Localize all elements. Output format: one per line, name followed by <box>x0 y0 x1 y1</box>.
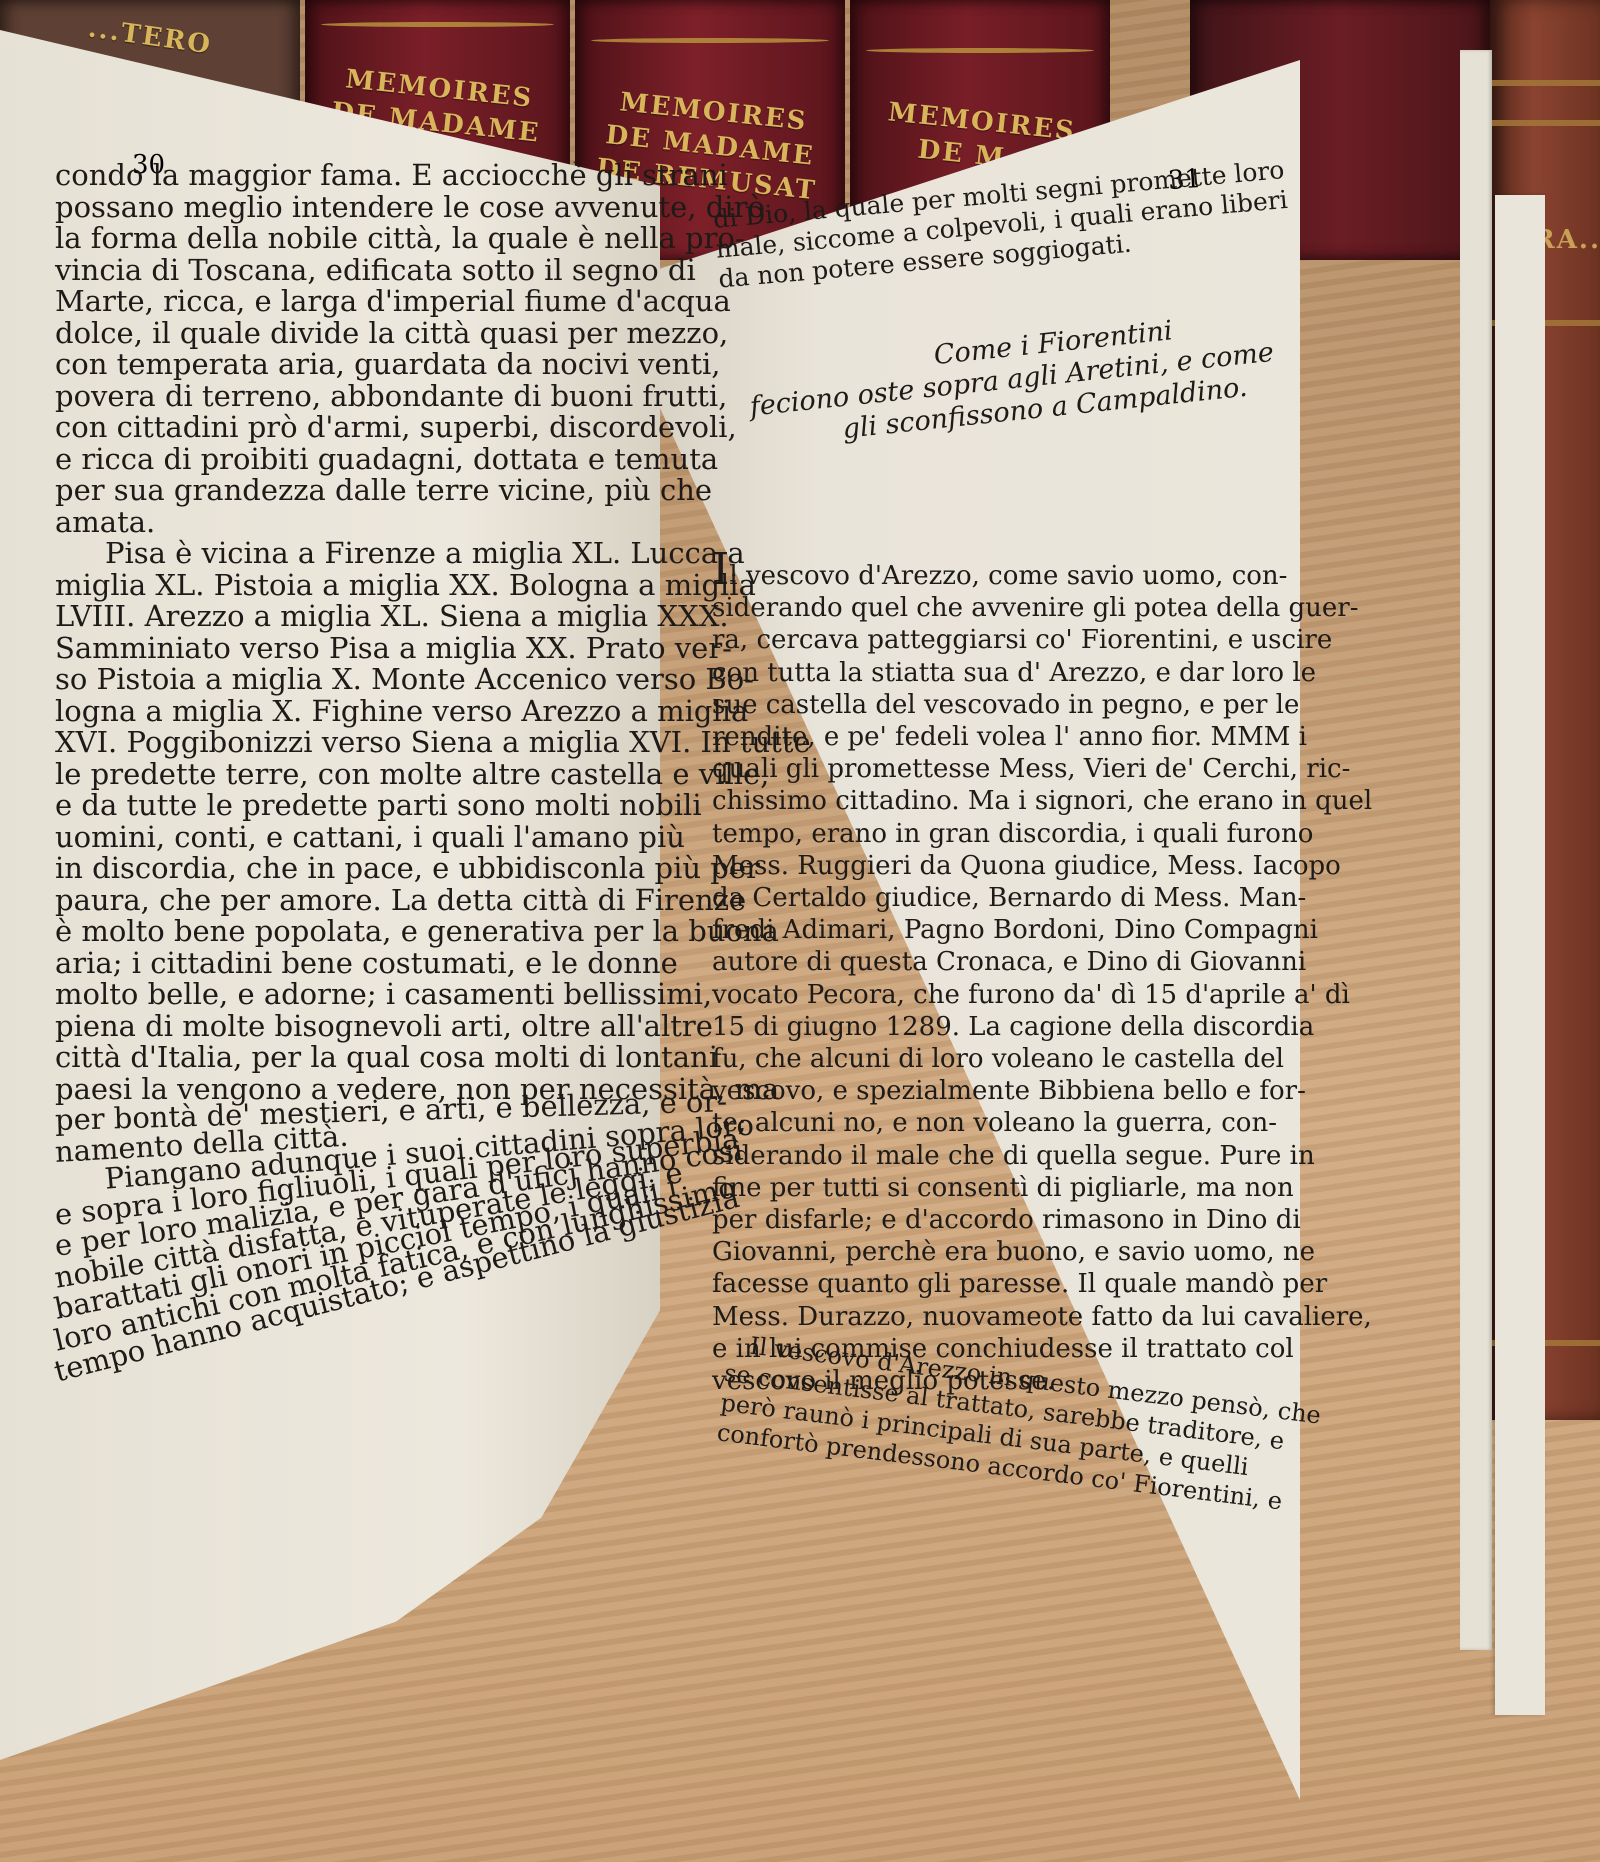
text-line: fredi Adimari, Pagno Bordoni, Dino Compa… <box>712 914 1372 946</box>
left-page-text: condo la maggior fama. E acciocchè gli s… <box>55 160 665 1389</box>
text-line: autore di questa Cronaca, e Dino di Giov… <box>712 946 1372 978</box>
text-line: Marte, ricca, e larga d'imperial fiume d… <box>55 286 665 318</box>
text-line: chissimo cittadino. Ma i signori, che er… <box>712 785 1372 817</box>
spine-band <box>591 38 829 43</box>
text-line: siderando il male che di quella segue. P… <box>712 1140 1372 1172</box>
text-line: con temperata aria, guardata da nocivi v… <box>55 349 665 381</box>
text-line: sue castella del vescovado in pegno, e p… <box>712 689 1372 721</box>
text-line: Mess. Ruggieri da Quona giudice, Mess. I… <box>712 850 1372 882</box>
text-line: piena di molte bisognevoli arti, oltre a… <box>55 1011 665 1043</box>
text-line: le predette terre, con molte altre caste… <box>55 759 665 791</box>
text-line: Giovanni, perchè era buono, e savio uomo… <box>712 1236 1372 1268</box>
page-edge <box>1495 195 1545 1715</box>
text-line-first: Il vescovo d'Arezzo, come savio uomo, co… <box>712 555 1372 592</box>
text-line: molto belle, e adorne; i casamenti belli… <box>55 979 665 1011</box>
text-line: uomini, conti, e cattani, i quali l'aman… <box>55 822 665 854</box>
text-line: Mess. Durazzo, nuovameote fatto da lui c… <box>712 1301 1372 1333</box>
text-line: possano meglio intendere le cose avvenut… <box>55 192 665 224</box>
text-line: dolce, il quale divide la città quasi pe… <box>55 318 665 350</box>
text-line: rendite, e pe' fedeli volea l' anno fior… <box>712 721 1372 753</box>
text-line: la forma della nobile città, la quale è … <box>55 223 665 255</box>
text-line: siderando quel che avvenire gli potea de… <box>712 592 1372 624</box>
text-line: logna a miglia X. Fighine verso Arezzo a… <box>55 696 665 728</box>
text-line: miglia XL. Pistoia a miglia XX. Bologna … <box>55 570 665 602</box>
text-line: per sua grandezza dalle terre vicine, pi… <box>55 475 665 507</box>
spine-band <box>866 48 1095 53</box>
text-line: te; alcuni no, e non voleano la guerra, … <box>712 1107 1372 1139</box>
text-line: LVIII. Arezzo a miglia XL. Siena a migli… <box>55 601 665 633</box>
text-line: amata. <box>55 507 665 539</box>
spine-band <box>321 22 554 27</box>
text-line: paura, che per amore. La detta città di … <box>55 885 665 917</box>
text-line: da Certaldo giudice, Bernardo di Mess. M… <box>712 882 1372 914</box>
text-line: vocato Pecora, che furono da' dì 15 d'ap… <box>712 979 1372 1011</box>
text-line: l vescovo d'Arezzo, come savio uomo, con… <box>729 561 1287 591</box>
text-line: con tutta la stiatta sua d' Arezzo, e da… <box>712 657 1372 689</box>
spine-band <box>1490 80 1600 86</box>
text-line: quali gli promettesse Mess, Vieri de' Ce… <box>712 753 1372 785</box>
text-line: è molto bene popolata, e generativa per … <box>55 916 665 948</box>
text-line: so Pistoia a miglia X. Monte Accenico ve… <box>55 664 665 696</box>
right-page-body: Il vescovo d'Arezzo, come savio uomo, co… <box>712 555 1372 1397</box>
text-line: facesse quanto gli paresse. Il quale man… <box>712 1268 1372 1300</box>
page-edge <box>1460 50 1492 1650</box>
text-line: XVI. Poggibonizzi verso Siena a miglia X… <box>55 727 665 759</box>
text-line: aria; i cittadini bene costumati, e le d… <box>55 948 665 980</box>
text-line: per disfarle; e d'accordo rimasono in Di… <box>712 1204 1372 1236</box>
drop-cap: I <box>712 544 729 595</box>
text-line: povera di terreno, abbondante di buoni f… <box>55 381 665 413</box>
text-line: fu, che alcuni di loro voleano le castel… <box>712 1043 1372 1075</box>
text-line: città d'Italia, per la qual cosa molti d… <box>55 1042 665 1074</box>
text-line: tempo, erano in gran discordia, i quali … <box>712 818 1372 850</box>
text-line: e da tutte le predette parti sono molti … <box>55 790 665 822</box>
text-line: con cittadini prò d'armi, superbi, disco… <box>55 412 665 444</box>
text-line: vincia di Toscana, edificata sotto il se… <box>55 255 665 287</box>
text-line: ra, cercava patteggiarsi co' Fiorentini,… <box>712 624 1372 656</box>
text-line: Samminiato verso Pisa a miglia XX. Prato… <box>55 633 665 665</box>
text-line: e ricca di proibiti guadagni, dottata e … <box>55 444 665 476</box>
text-line: vescovo, e spezialmente Bibbiena bello e… <box>712 1075 1372 1107</box>
spine-band <box>1490 120 1600 126</box>
text-line: fine per tutti si consentì di pigliarle,… <box>712 1172 1372 1204</box>
text-line: in discordia, che in pace, e ubbidisconl… <box>55 853 665 885</box>
text-line: Pisa è vicina a Firenze a miglia XL. Luc… <box>55 538 665 570</box>
text-line: condo la maggior fama. E acciocchè gli s… <box>55 160 665 192</box>
text-line: 15 di giugno 1289. La cagione della disc… <box>712 1011 1372 1043</box>
